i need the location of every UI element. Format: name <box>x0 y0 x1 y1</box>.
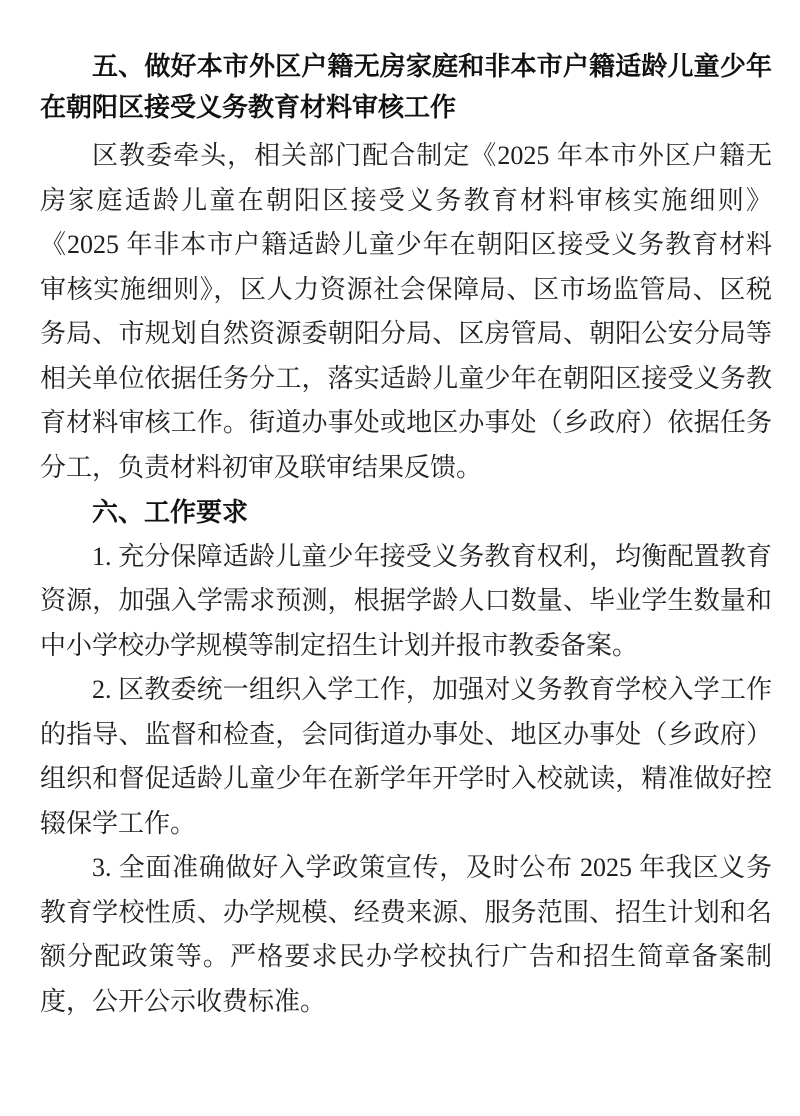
section-5-heading: 五、做好本市外区户籍无房家庭和非本市户籍适龄儿童少年在朝阳区接受义务教育材料审核… <box>40 46 772 128</box>
document-page: 五、做好本市外区户籍无房家庭和非本市户籍适龄儿童少年在朝阳区接受义务教育材料审核… <box>0 0 800 1116</box>
section-6-item-2: 2. 区教委统一组织入学工作，加强对义务教育学校入学工作的指导、监督和检查，会同… <box>40 668 772 846</box>
section-6-item-1: 1. 充分保障适龄儿童少年接受义务教育权利，均衡配置教育资源，加强入学需求预测，… <box>40 535 772 669</box>
section-6-heading: 六、工作要求 <box>40 490 772 535</box>
section-5-paragraph: 区教委牵头，相关部门配合制定《2025 年本市外区户籍无房家庭适龄儿童在朝阳区接… <box>40 134 772 490</box>
section-6-item-3: 3. 全面准确做好入学政策宣传，及时公布 2025 年我区义务教育学校性质、办学… <box>40 846 772 1024</box>
